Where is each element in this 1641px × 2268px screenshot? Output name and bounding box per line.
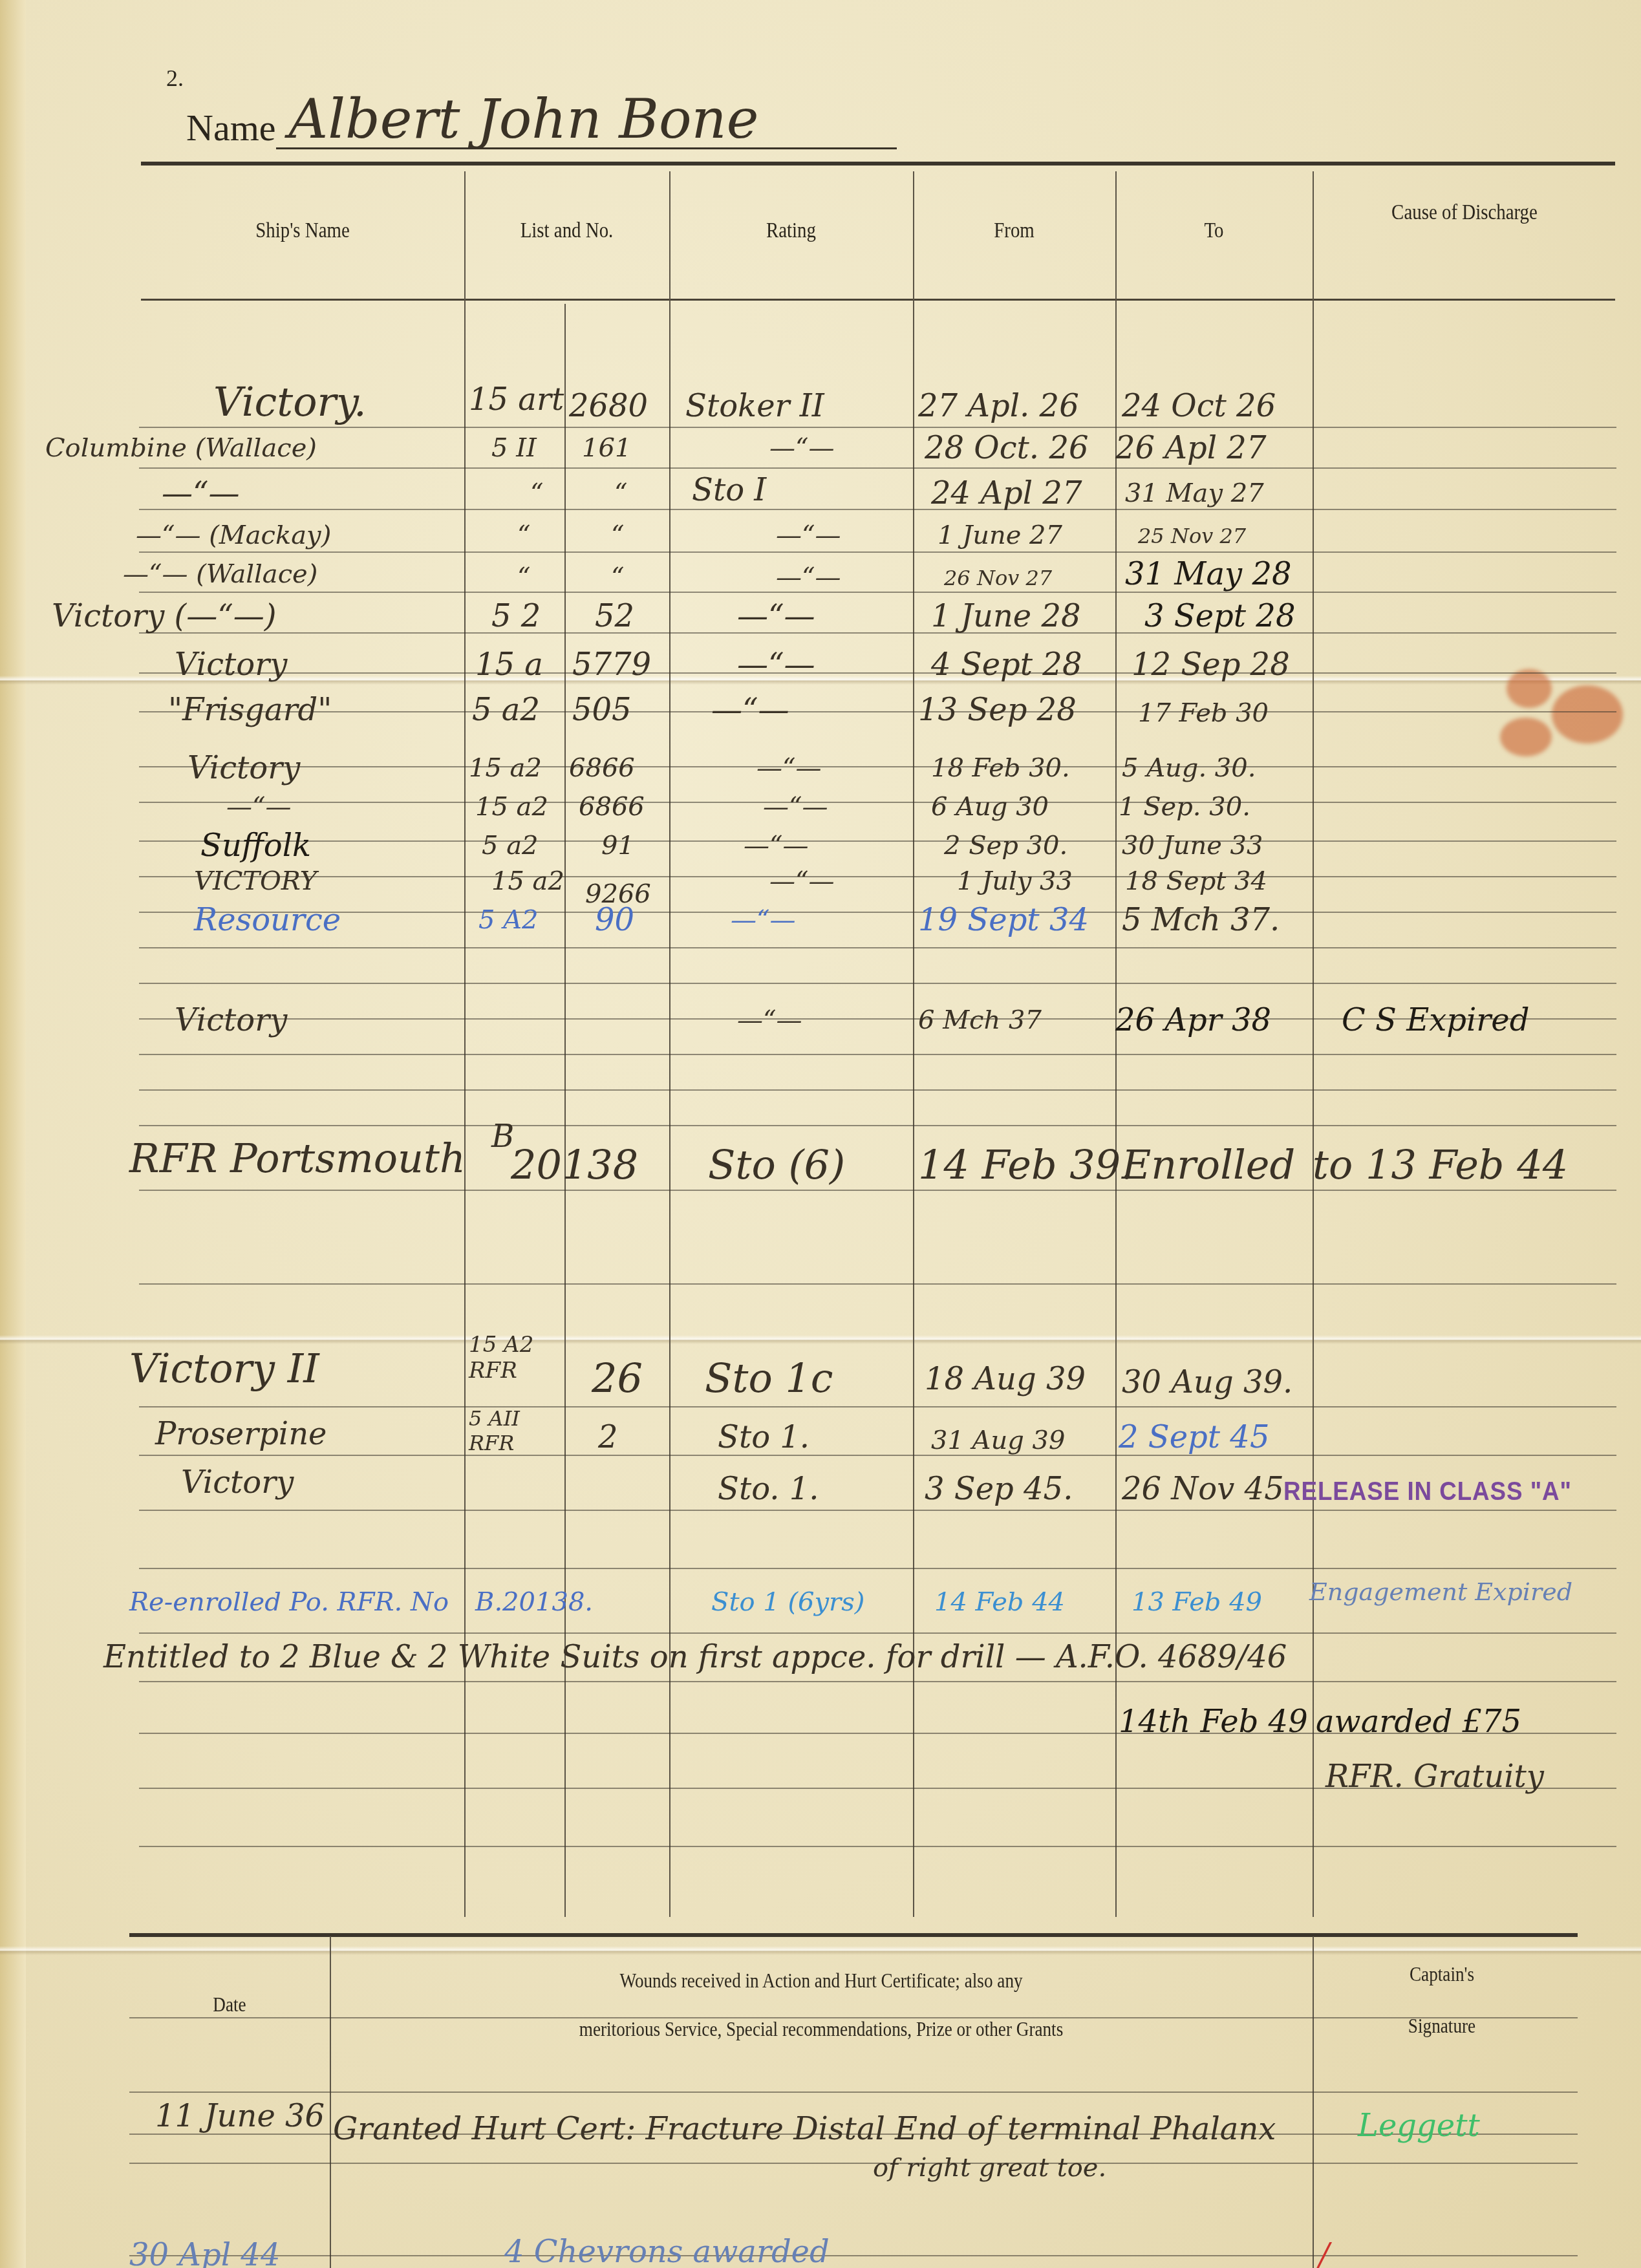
row-list: “ [530,478,543,508]
header-list-and-no: List and No. [480,219,654,243]
header-from: From [928,219,1100,243]
row-rule [139,509,1616,510]
row-number: “ [614,478,627,508]
row-rating: —“— [744,831,808,861]
row-list: 5 a2 [482,831,538,861]
row-from: 13 Sep 28 [918,692,1077,728]
row-rating: —“— [737,647,815,683]
row-to: Enrolled [1122,1141,1295,1188]
row-to: 25 Nov 27 [1138,524,1246,548]
column-divider [1313,1936,1314,2268]
row-from: 31 Aug 39 [931,1426,1065,1455]
row-to: 30 Aug 39. [1122,1364,1292,1400]
row-from: 1 June 27 [938,520,1062,550]
row-list: 5 A2 [478,905,539,935]
reenrolled-cause: Engagement Expired [1309,1578,1572,1606]
header-rating: Rating [687,219,894,243]
row-rating: Sto. 1. [718,1471,819,1507]
row-number: “ [611,562,624,592]
row-from: 28 Oct. 26 [925,430,1088,466]
row-from: 1 June 28 [931,598,1081,634]
row-to: 30 June 33 [1122,831,1263,861]
row-rule [139,427,1616,428]
header-bottom-border [141,299,1615,301]
row-from: 24 Apl 27 [931,475,1082,511]
row-list: 15 A2 RFR [469,1332,563,1384]
row-ship: Victory. [213,378,367,425]
reenrolled-to: 13 Feb 49 [1132,1587,1262,1617]
row-rating: —“— [731,905,795,935]
row-from: 18 Aug 39 [925,1361,1086,1397]
row-cause: C S Expired [1342,1002,1529,1038]
row-ship: "Frisgard" [168,692,332,728]
header-wounds-line2: meritorious Service, Special recommendat… [403,2017,1239,2041]
row-ship: Victory [175,647,287,683]
form-page-number: 2. [166,65,184,92]
row-ship: Columbine (Wallace) [45,433,317,463]
wound-details: Granted Hurt Cert: Fracture Distal End o… [333,2111,1276,2147]
row-from: 18 Feb 30. [931,753,1070,783]
row-number: 6866 [569,753,635,783]
row-to: 2 Sept 45 [1119,1419,1269,1455]
row-number: 91 [601,831,634,861]
row-to: 1 Sep. 30. [1119,792,1250,822]
row-rule [139,551,1616,553]
row-rating: —“— [776,562,841,592]
row-rule [139,840,1616,842]
row-ship: Victory [188,750,300,786]
row-rule [139,802,1616,803]
row-rule [139,1283,1616,1285]
row-rule [139,1089,1616,1091]
gratuity-awarded: awarded £75 [1316,1704,1521,1740]
row-rule [139,1568,1616,1569]
row-rule [139,1406,1616,1407]
release-class-a-stamp: RELEASE IN CLASS "A" [1283,1477,1572,1506]
row-number: 2680 [569,388,648,424]
row-from: 6 Mch 37 [918,1005,1042,1035]
row-rating: —“— [769,866,834,896]
row-list: 5 II [491,433,537,463]
captain-signature: Leggett [1358,2108,1480,2144]
paper-fold [0,1335,1641,1344]
row-list: “ [517,520,530,550]
row-rule [139,711,1616,712]
row-rule [139,1054,1616,1055]
row-rule [129,2255,1578,2256]
gratuity-date: 14th Feb 49 [1119,1704,1308,1740]
row-number: 90 [595,902,634,938]
row-to: 26 Apl 27 [1115,430,1266,466]
row-list: 15 a [475,647,543,683]
row-rule [139,1681,1616,1682]
rust-stain [1552,685,1623,744]
row-ship: —“— (Wallace) [123,559,317,589]
row-number: 52 [595,598,634,634]
row-rule [139,592,1616,593]
row-to: 3 Sept 28 [1144,598,1295,634]
row-number: 26 [592,1354,643,1402]
row-rule [139,912,1616,913]
row-rule [139,766,1616,767]
row-rule [139,1510,1616,1511]
row-to: 17 Feb 30 [1138,698,1269,728]
column-divider [1313,171,1314,1917]
row-from: 6 Aug 30 [931,792,1049,822]
row-list: 15 art [469,381,564,418]
name-value: Albert John Bone [276,91,897,149]
row-to: 31 May 28 [1125,556,1292,592]
row-ship: Victory (—“—) [52,598,277,634]
row-to: 12 Sep 28 [1132,647,1290,683]
table-top-border [141,162,1615,166]
header-signature: Signature [1332,2014,1552,2038]
row-rating: —“— [769,433,834,463]
row-number: 20138 [511,1141,638,1188]
row-from: 26 Nov 27 [944,566,1052,590]
row-to: 26 Apr 38 [1115,1002,1271,1038]
row-from: 27 Apl. 26 [918,388,1079,424]
row-rating: —“— [737,598,815,634]
row-rule [129,2163,1578,2164]
uniform-entitlement-note: Entitled to 2 Blue & 2 White Suits on fi… [103,1639,1287,1675]
row-to: 18 Sept 34 [1125,866,1267,896]
rust-stain [1507,669,1552,708]
row-number: “ [611,520,624,550]
row-to: 5 Mch 37. [1122,902,1280,938]
row-number: 2 [598,1419,618,1455]
reenrolled-rating: Sto 1 (6yrs) [711,1587,864,1617]
name-label: Name [186,106,276,149]
header-date: Date [144,1993,315,2017]
row-from: 19 Sept 34 [918,902,1089,938]
wounds-table-top-border [129,1933,1578,1937]
row-to: 5 Aug. 30. [1122,753,1256,783]
row-ship: Victory [175,1002,287,1038]
wound-details-cont: of right great toe. [873,2153,1106,2183]
row-from: 3 Sep 45. [925,1471,1073,1507]
row-number: 5779 [572,647,651,683]
row-number: 6866 [579,792,645,822]
row-rule [139,1455,1616,1456]
row-rating: —“— [756,753,821,783]
row-rule [139,672,1616,674]
row-ship: —“— [162,475,240,511]
row-number: 505 [572,692,632,728]
row-to: 26 Nov 45 [1122,1471,1284,1507]
column-divider [330,1936,331,2268]
header-cause-of-discharge: Cause of Discharge [1335,194,1594,231]
header-captains: Captain's [1332,1962,1552,1986]
signature-mark: / [1319,2237,1329,2268]
row-list: 15 a2 [475,792,548,822]
row-list: 5 AII RFR [469,1406,563,1455]
gratuity-label: RFR. Gratuity [1325,1759,1544,1795]
rust-stain [1500,718,1552,756]
row-rating: Stoker II [685,388,824,424]
row-rule [139,1125,1616,1126]
row-list: “ [517,562,530,592]
row-ship: Suffolk [200,828,311,864]
row-list: 15 a2 [469,753,542,783]
name-field: Name Albert John Bone [186,91,897,149]
header-wounds-line1: Wounds received in Action and Hurt Certi… [403,1969,1239,1993]
row-rule [129,2091,1578,2093]
row-list: 5 a2 [472,692,540,728]
paper-edge [0,0,26,2268]
row-list: 15 a2 [491,866,564,896]
reenrolled-number: B.20138. [475,1587,593,1617]
header-to: To [1130,219,1298,243]
row-from: 1 July 33 [957,866,1073,896]
row-number: 161 [582,433,631,463]
row-rule [139,876,1616,877]
row-list: 5 2 [491,598,541,634]
reenrolled-from: 14 Feb 44 [934,1587,1065,1617]
row-rule [139,983,1616,984]
row-rating: —“— [776,520,841,550]
row-rule [139,1846,1616,1847]
row-rule [139,467,1616,469]
row-rating: Sto 1c [705,1354,833,1402]
wound-date: 11 June 36 [155,2098,325,2134]
reenrolled-ship: Re-enrolled Po. RFR. No [129,1587,449,1617]
row-to: 31 May 27 [1125,478,1264,508]
row-ship: Resource [194,902,341,938]
row-rating: —“— [763,792,828,822]
row-rating: —“— [737,1005,802,1035]
row-rule [139,632,1616,634]
row-to: 24 Oct 26 [1122,388,1276,424]
row-rating: —“— [711,692,789,728]
row-ship: —“— [226,792,291,822]
paper-fold [0,1946,1641,1955]
row-ship: Victory [181,1464,294,1501]
row-rating: Sto I [692,472,766,508]
row-ship: Victory II [129,1345,319,1392]
row-from: 14 Feb 39. [918,1141,1133,1188]
row-rating: Sto 1. [718,1419,810,1455]
row-ship: VICTORY [194,866,317,896]
wound-details: 4 Chevrons awarded [504,2234,830,2268]
row-from: 4 Sept 28 [931,647,1082,683]
header-ships-name: Ship's Name [166,219,440,243]
row-from: 2 Sep 30. [944,831,1067,861]
row-ship: RFR Portsmouth [129,1135,466,1182]
row-rule [139,1190,1616,1191]
row-ship: Proserpine [155,1416,327,1452]
wound-date: 30 Apl 44 [129,2237,280,2268]
row-rating: Sto (6) [708,1141,845,1188]
row-rule [139,1632,1616,1634]
row-ship: —“— (Mackay) [136,520,331,550]
row-rule [139,947,1616,948]
row-cause: to 13 Feb 44 [1313,1141,1568,1188]
